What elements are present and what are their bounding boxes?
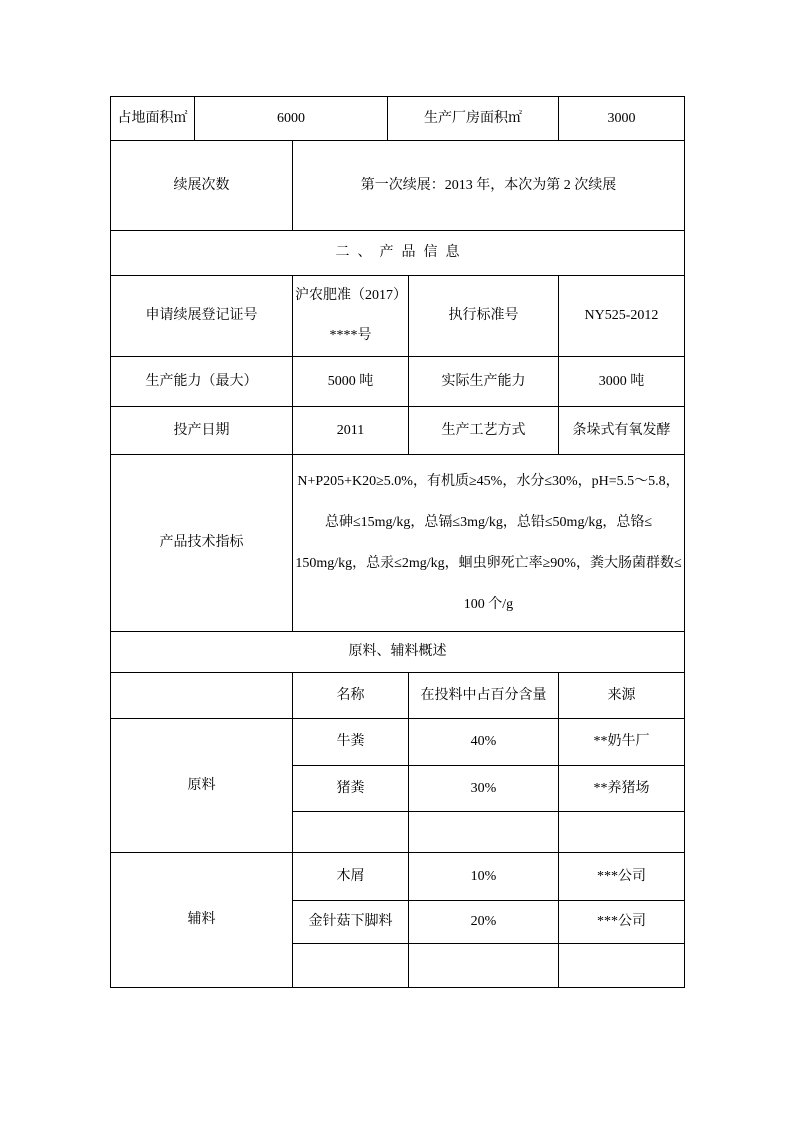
row-product-section: 二、产品信息 xyxy=(111,231,685,276)
materials-section-title: 原料、辅料概述 xyxy=(111,632,685,673)
plant-area-value: 3000 xyxy=(559,97,685,141)
cert-number-line1: 沪农肥准（2017） xyxy=(295,276,406,316)
tech-spec-line1: N+P205+K20≥5.0%，有机质≥45%，水分≤30%，pH=5.5～5.… xyxy=(293,461,684,502)
aux2-source: ***公司 xyxy=(559,901,685,944)
materials-col-name: 名称 xyxy=(293,673,409,719)
raw2-source: **养猪场 xyxy=(559,766,685,812)
actual-capacity-value: 3000 吨 xyxy=(559,357,685,407)
renewal-count-value: 第一次续展：2013 年，本次为第 2 次续展 xyxy=(293,141,685,231)
aux1-percent: 10% xyxy=(409,853,559,901)
cert-number-line2: ****号 xyxy=(295,316,406,356)
raw2-name: 猪粪 xyxy=(293,766,409,812)
aux-materials-label: 辅料 xyxy=(111,853,293,988)
process-value: 条垛式有氧发酵 xyxy=(559,407,685,455)
land-area-value: 6000 xyxy=(195,97,388,141)
row-materials-section: 原料、辅料概述 xyxy=(111,632,685,673)
document-page: 占地面积㎡ 6000 生产厂房面积㎡ 3000 续展次数 第一次续展：2013 … xyxy=(0,0,794,1123)
raw2-percent: 30% xyxy=(409,766,559,812)
row-capacity: 生产能力（最大） 5000 吨 实际生产能力 3000 吨 xyxy=(111,357,685,407)
cert-number-label: 申请续展登记证号 xyxy=(111,276,293,357)
production-date-label: 投产日期 xyxy=(111,407,293,455)
row-process: 投产日期 2011 生产工艺方式 条垛式有氧发酵 xyxy=(111,407,685,455)
aux1-source: ***公司 xyxy=(559,853,685,901)
max-capacity-label: 生产能力（最大） xyxy=(111,357,293,407)
aux1-name: 木屑 xyxy=(293,853,409,901)
tech-spec-line4: 100 个/g xyxy=(293,584,684,625)
aux2-percent: 20% xyxy=(409,901,559,944)
row-cert: 申请续展登记证号 沪农肥准（2017） ****号 执行标准号 NY525-20… xyxy=(111,276,685,357)
raw3-source xyxy=(559,812,685,853)
land-area-label: 占地面积㎡ xyxy=(111,97,195,141)
production-date-value: 2011 xyxy=(293,407,409,455)
raw-materials-label: 原料 xyxy=(111,719,293,853)
raw1-name: 牛粪 xyxy=(293,719,409,766)
materials-col-source: 来源 xyxy=(559,673,685,719)
table-row-aux-1: 辅料 木屑 10% ***公司 xyxy=(111,853,685,901)
cert-number-value: 沪农肥准（2017） ****号 xyxy=(293,276,409,357)
raw3-name xyxy=(293,812,409,853)
aux3-source xyxy=(559,944,685,988)
aux2-name: 金针菇下脚料 xyxy=(293,901,409,944)
renewal-count-label: 续展次数 xyxy=(111,141,293,231)
registration-form-table: 占地面积㎡ 6000 生产厂房面积㎡ 3000 续展次数 第一次续展：2013 … xyxy=(110,96,685,988)
row-tech-spec: 产品技术指标 N+P205+K20≥5.0%，有机质≥45%，水分≤30%，pH… xyxy=(111,455,685,632)
max-capacity-value: 5000 吨 xyxy=(293,357,409,407)
tech-spec-line2: 总砷≤15mg/kg，总镉≤3mg/kg，总铅≤50mg/kg，总铬≤ xyxy=(293,502,684,543)
aux3-name xyxy=(293,944,409,988)
table-row-raw-1: 原料 牛粪 40% **奶牛厂 xyxy=(111,719,685,766)
raw3-percent xyxy=(409,812,559,853)
aux3-percent xyxy=(409,944,559,988)
raw1-percent: 40% xyxy=(409,719,559,766)
tech-spec-line3: 150mg/kg，总汞≤2mg/kg，蛔虫卵死亡率≥90%，粪大肠菌群数≤ xyxy=(293,543,684,584)
plant-area-label: 生产厂房面积㎡ xyxy=(388,97,559,141)
raw1-source: **奶牛厂 xyxy=(559,719,685,766)
row-area: 占地面积㎡ 6000 生产厂房面积㎡ 3000 xyxy=(111,97,685,141)
standard-number-value: NY525-2012 xyxy=(559,276,685,357)
product-section-title: 二、产品信息 xyxy=(111,231,685,276)
materials-col-percent: 在投料中占百分含量 xyxy=(409,673,559,719)
row-materials-header: 名称 在投料中占百分含量 来源 xyxy=(111,673,685,719)
standard-number-label: 执行标准号 xyxy=(409,276,559,357)
materials-header-blank xyxy=(111,673,293,719)
process-label: 生产工艺方式 xyxy=(409,407,559,455)
row-renewal: 续展次数 第一次续展：2013 年，本次为第 2 次续展 xyxy=(111,141,685,231)
tech-spec-label: 产品技术指标 xyxy=(111,455,293,632)
actual-capacity-label: 实际生产能力 xyxy=(409,357,559,407)
tech-spec-value: N+P205+K20≥5.0%，有机质≥45%，水分≤30%，pH=5.5～5.… xyxy=(293,455,685,632)
